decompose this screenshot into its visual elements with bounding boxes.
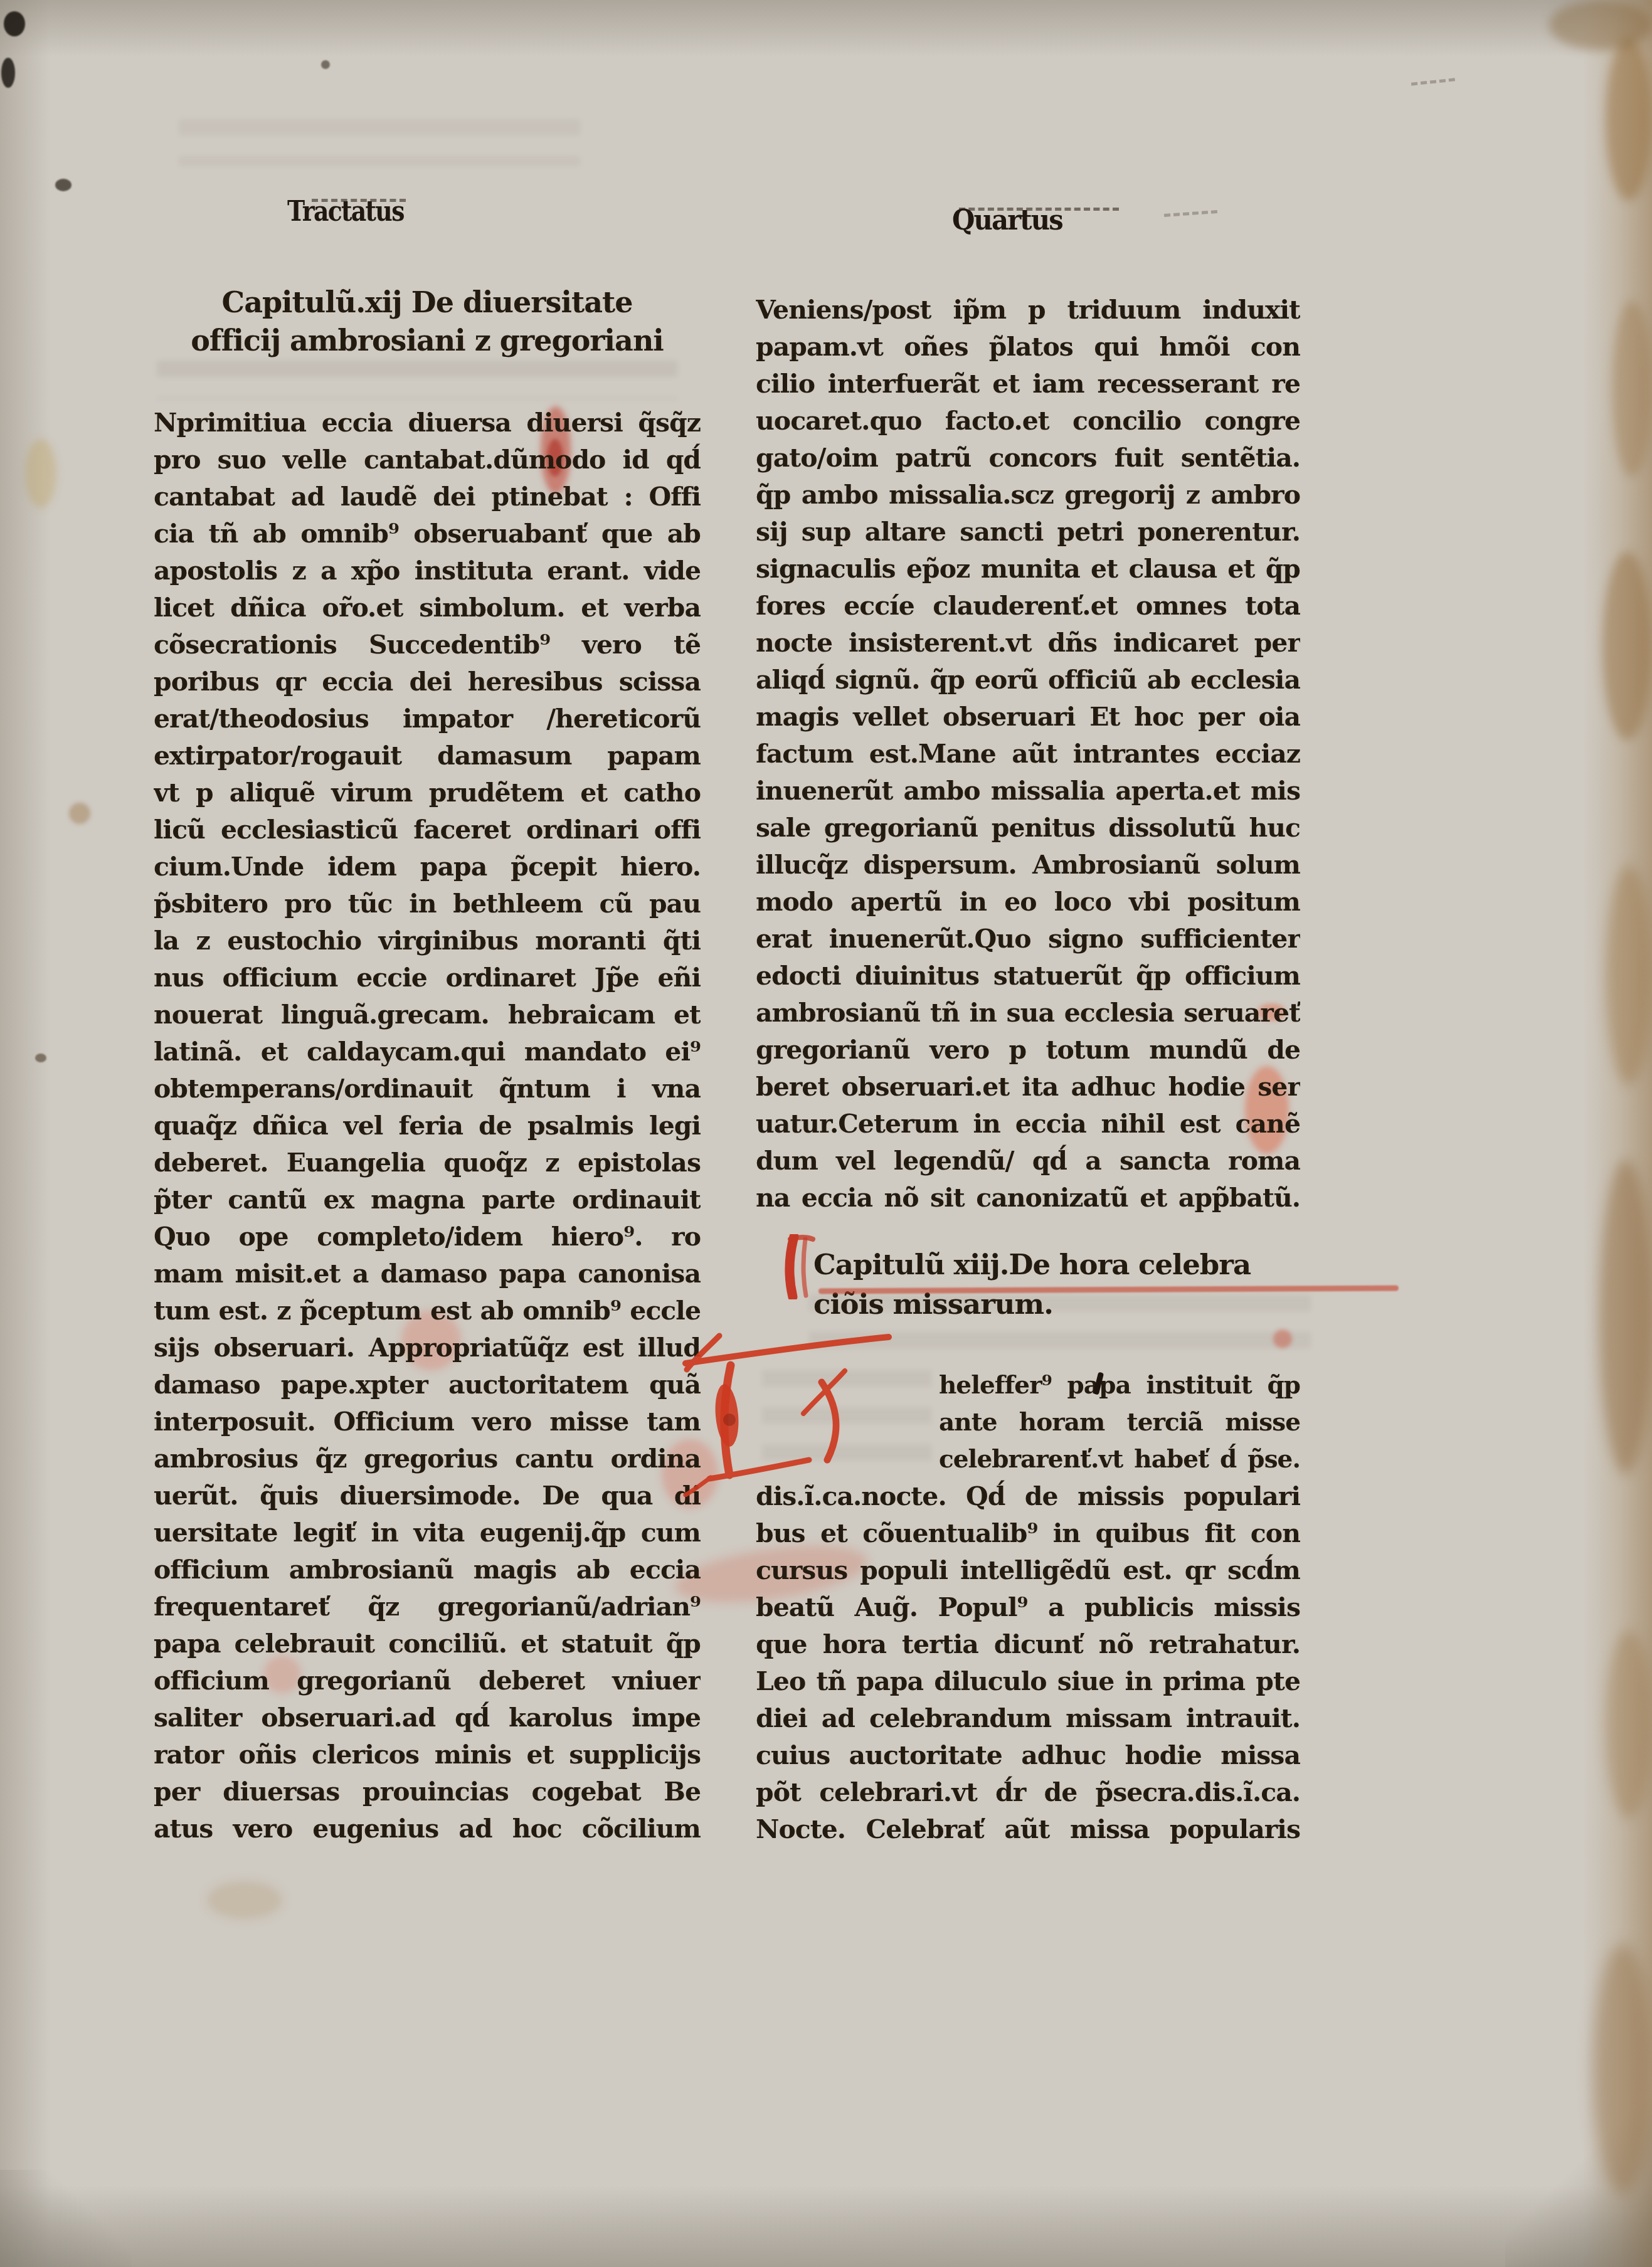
text-line: diei ad celebrandum missam intrauit. (756, 1700, 1300, 1737)
stain (1593, 1944, 1652, 2195)
text-line: latinã. et caldaycam.qui mandato ei⁹ (154, 1033, 701, 1070)
text-line: q̃p ambo missalia.scz gregorij z ambro (756, 477, 1300, 514)
text-line: atus vero eugenius ad hoc cõcilium (154, 1810, 701, 1847)
text-line: deberet. Euangelia quoq̃z z epistolas (154, 1144, 701, 1181)
text-line: Veniens/post ip̃m p triduum induxit (756, 292, 1300, 329)
chapter-12-body: Nprimitiua eccia diuersa diuersi q̃sq̃zp… (154, 404, 701, 1847)
stain (35, 1054, 46, 1062)
stain (1606, 865, 1652, 1085)
text-line: gato/oim patrũ concors fuit sentẽtia. (756, 440, 1300, 477)
text-line: la z eustochio virginibus moranti q̃ti (154, 922, 701, 959)
text-line: illucq̃z dispersum. Ambrosianũ solum (756, 847, 1300, 884)
text-line: papa celebrauit conciliũ. et statuit q̃p (154, 1625, 701, 1662)
text-line: Nocte. Celebrať aũt missa popularis (756, 1811, 1300, 1848)
right-column: Veniens/post ip̃m p triduum induxitpapam… (756, 0, 1300, 2267)
text-line: obtemperans/ordinauit q̃ntum i vna (154, 1070, 701, 1107)
text-line: fores eccíe clauderenť.et omnes tota (756, 588, 1300, 625)
text-line: tum est. z p̃ceptum est ab omnib⁹ eccle (154, 1292, 701, 1329)
text-line: poribus qr eccia dei heresibus scissa (154, 663, 701, 700)
text-line: na eccia nõ sit canonizatũ et app̃batũ. (756, 1180, 1300, 1217)
stain (69, 803, 90, 824)
text-line: uatur.Ceterum in eccia nihil est canẽ (756, 1106, 1300, 1143)
text-line: licet dñica or̃o.et simbolum. et verba (154, 589, 701, 626)
text-line: que hora tertia dicunť nõ retrahatur. (756, 1626, 1300, 1663)
edge-shadow-left (0, 0, 50, 2267)
text-line: ambrosius q̃z gregorius cantu ordina (154, 1440, 701, 1477)
text-line: uocaret.quo facto.et concilio congre (756, 403, 1300, 440)
text-line: cia tñ ab omnib⁹ obseruabanť que ab (154, 515, 701, 552)
text-line: papam.vt oñes p̃latos qui hmõi con (756, 329, 1300, 366)
left-column: Capitulũ.xij De diuersitate officij ambr… (154, 0, 701, 2267)
text-line: sij sup altare sancti petri ponerentur. (756, 514, 1300, 551)
text-line: magis vellet obseruari Et hoc per oia (756, 699, 1300, 736)
text-line: interposuit. Officium vero misse tam (154, 1403, 701, 1440)
text-line: damaso pape.xpter auctoritatem quã (154, 1366, 701, 1403)
ink-speck (55, 179, 71, 191)
text-line: extirpator/rogauit damasum papam (154, 737, 701, 774)
text-line: modo apertũ in eo loco vbi positum (756, 884, 1300, 921)
text-line: aliqd́ signũ. q̃p eorũ officiũ ab eccles… (756, 662, 1300, 699)
text-line: quaq̃z dñica vel feria de psalmis legi (154, 1107, 701, 1144)
text-line: uersitate legiť in vita eugenij.q̃p cum (154, 1514, 701, 1551)
text-line: rator oñis clericos minis et supplicijs (154, 1736, 701, 1773)
text-line: cilio interfuerãt et iam recesserant re (756, 366, 1300, 403)
text-line: sale gregorianũ penitus dissolutũ huc (756, 810, 1300, 847)
text-line: frequentareť q̃z gregorianũ/adrian⁹ (154, 1588, 701, 1625)
text-line: factum est.Mane aũt intrantes ecciaz (756, 736, 1300, 773)
text-line: cium.Unde idem papa p̃cepit hiero. (154, 848, 701, 885)
text-line: cantabat ad laudẽ dei ptinebat : Offi (154, 478, 701, 515)
text-line: erat/theodosius impator /hereticorũ (154, 700, 701, 737)
red-paragraph-mark (778, 1234, 817, 1299)
text-line: signaculis ep̃oz munita et clausa et q̃p (756, 551, 1300, 588)
text-line: uerũt. q̃uis diuersimode. De qua di (154, 1477, 701, 1514)
text-line: sijs obseruari. Appropriatũq̃z est illud (154, 1329, 701, 1366)
stain (1606, 1630, 1652, 1819)
text-line: Leo tñ papa diluculo siue in prima pte (756, 1663, 1300, 1700)
chapter-heading-line: Capitulũ xiij.De hora celebra (813, 1245, 1300, 1284)
chapter-heading-line: Capitulũ.xij De diuersitate (154, 283, 701, 322)
chapter-12-continuation: Veniens/post ip̃m p triduum induxitpapam… (756, 292, 1300, 1217)
text-line: saliter obseruari.ad qd́ karolus impe (154, 1699, 701, 1736)
rubricated-initial-h (680, 1331, 897, 1497)
text-line: põt celebrari.vt d́r de p̃secra.dis.ĩ.ca… (756, 1774, 1300, 1811)
text-line: gregorianũ vero p totum mundũ de (756, 1032, 1300, 1069)
text-line: inuenerũt ambo missalia aperta.et mis (756, 773, 1300, 810)
text-line: beatũ Aug̃. Popul⁹ a publicis missis (756, 1589, 1300, 1626)
text-line: p̃ter cantũ ex magna parte ordinauit (154, 1181, 701, 1218)
dash-mark (1411, 78, 1455, 85)
text-line: officium gregorianũ deberet vniuer (154, 1662, 701, 1699)
text-line: cõsecrationis Succedentib⁹ vero tẽ (154, 626, 701, 663)
text-line: edocti diuinitus statuerũt q̃p officium (756, 958, 1300, 995)
text-line: p̃sbitero pro tũc in bethleem cũ pau (154, 885, 701, 922)
text-line: vt p aliquẽ virum prudẽtem et catho (154, 774, 701, 811)
stain (1599, 1160, 1652, 1474)
text-line: Quo ope completo/idem hiero⁹. ro (154, 1218, 701, 1255)
stain (1612, 301, 1652, 477)
chapter-heading-line: officij ambrosiani z gregoriani (154, 322, 701, 360)
text-line: nocte insisterent.vt dñs indicaret per (756, 625, 1300, 662)
text-line: mam misit.et a damaso papa canonisa (154, 1255, 701, 1292)
ink-speck (1, 58, 15, 88)
stain (1606, 38, 1652, 201)
chapter-12-heading: Capitulũ.xij De diuersitate officij ambr… (154, 283, 701, 360)
text-line: per diuersas prouincias cogebat Be (154, 1773, 701, 1810)
text-line: nus officium eccie ordinaret Jp̃e eñi (154, 959, 701, 996)
corner-shadow (0, 2170, 132, 2267)
text-line: cursus populi intelligẽdũ est. qr scd́m (756, 1552, 1300, 1589)
text-line: pro suo velle cantabat.dũmodo id qd́ (154, 441, 701, 478)
chapter-13-body: dis.ĩ.ca.nocte. Qd́ de missis popularibu… (756, 1478, 1300, 1848)
text-line: bus et cõuentualib⁹ in quibus fit con (756, 1515, 1300, 1552)
text-line: cuius auctoritate adhuc hodie missa (756, 1737, 1300, 1774)
text-line: ambrosianũ tñ in sua ecclesia seruareť (756, 995, 1300, 1032)
text-line: beret obseruari.et ita adhuc hodie ser (756, 1069, 1300, 1106)
ink-speck (4, 11, 25, 36)
text-line: nouerat linguã.grecam. hebraicam et (154, 996, 701, 1033)
text-line: dum vel legendũ/ qd́ a sancta roma (756, 1143, 1300, 1180)
text-line: Nprimitiua eccia diuersa diuersi q̃sq̃z (154, 404, 701, 441)
text-line: apostolis z a xp̃o instituta erant. vide (154, 552, 701, 589)
stain (1549, 0, 1652, 50)
stain (25, 439, 56, 508)
chapter-13-heading: Capitulũ xiij.De hora celebra ciõis miss… (813, 1245, 1300, 1324)
text-line: licũ ecclesiasticũ faceret ordinari offi (154, 811, 701, 848)
text-line: erat inuenerũt.Quo signo sufficienter (756, 921, 1300, 958)
text-line: officium ambrosianũ magis ab eccia (154, 1551, 701, 1588)
incunabulum-page: Tractatus Quartus Capitulũ.xij De diuers… (0, 0, 1652, 2267)
stain (1602, 552, 1652, 740)
